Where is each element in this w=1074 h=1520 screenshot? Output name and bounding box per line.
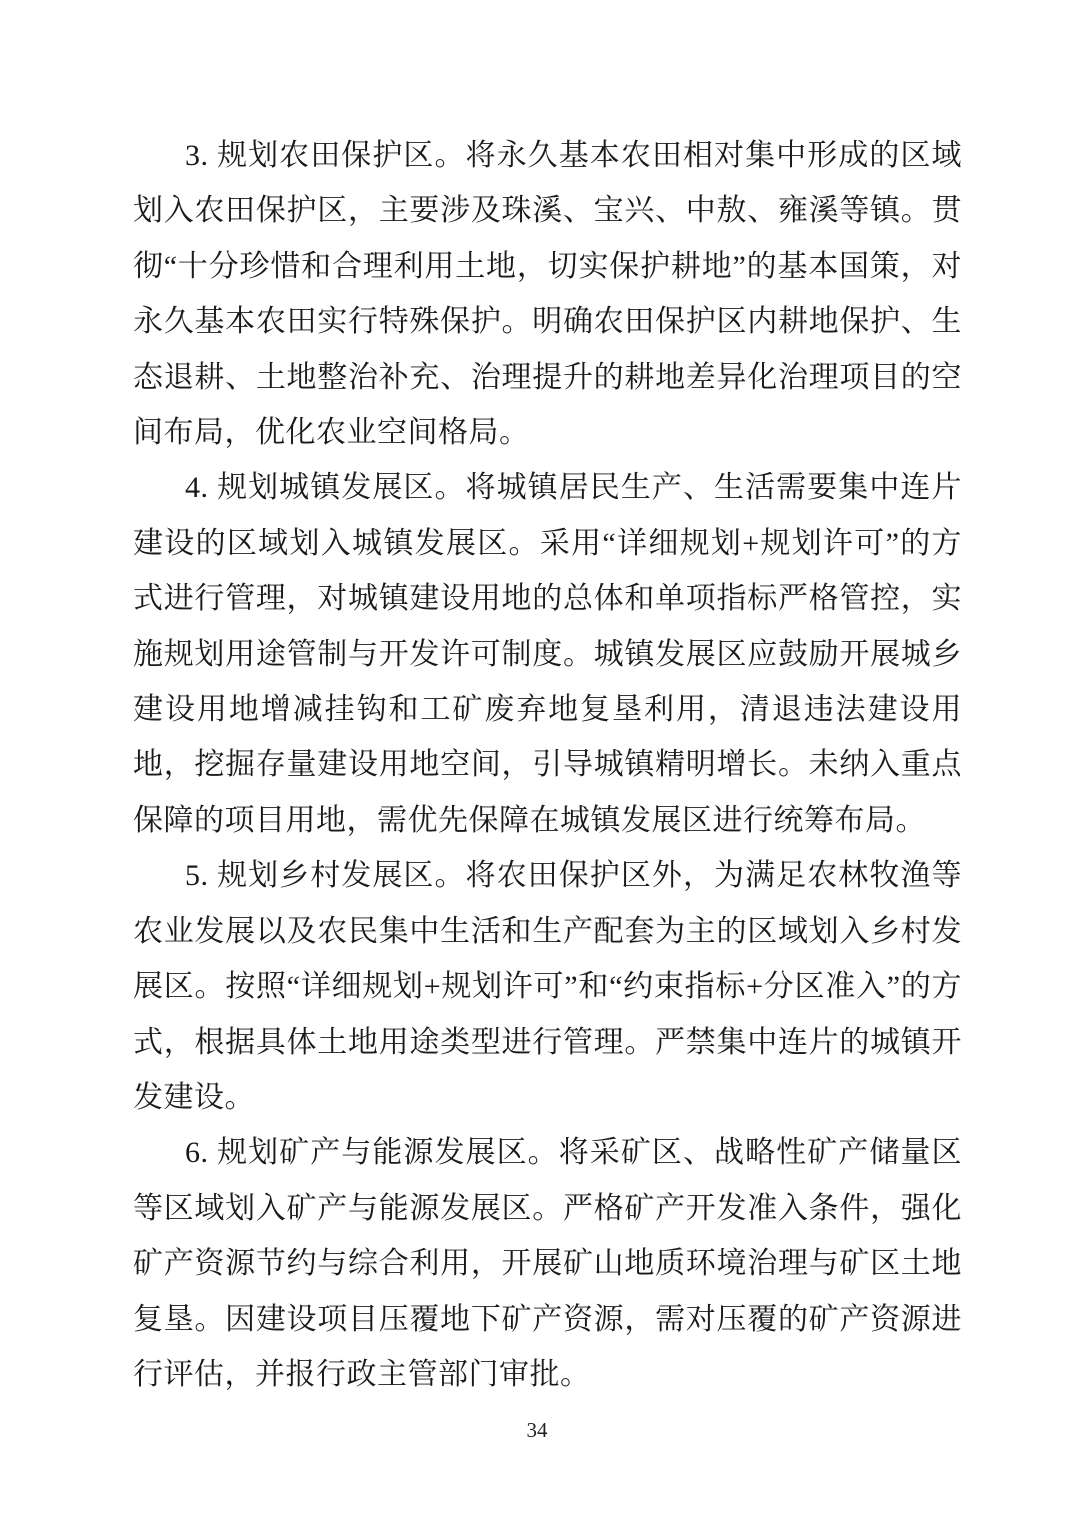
document-page: 3. 规划农田保护区。将永久基本农田相对集中形成的区域划入农田保护区，主要涉及珠… — [0, 0, 1074, 1520]
page-number: 34 — [527, 1418, 548, 1443]
paragraph-6-mineral-energy-development-zone: 6. 规划矿产与能源发展区。将采矿区、战略性矿产储量区等区域划入矿产与能源发展区… — [133, 1125, 962, 1402]
paragraph-5-rural-development-zone: 5. 规划乡村发展区。将农田保护区外，为满足农林牧渔等农业发展以及农民集中生活和… — [133, 848, 962, 1125]
document-content: 3. 规划农田保护区。将永久基本农田相对集中形成的区域划入农田保护区，主要涉及珠… — [133, 128, 962, 1402]
paragraph-4-urban-development-zone: 4. 规划城镇发展区。将城镇居民生产、生活需要集中连片建设的区域划入城镇发展区。… — [133, 460, 962, 848]
page-footer: 34 — [0, 1418, 1074, 1443]
paragraph-3-farmland-protection-zone: 3. 规划农田保护区。将永久基本农田相对集中形成的区域划入农田保护区，主要涉及珠… — [133, 128, 962, 460]
